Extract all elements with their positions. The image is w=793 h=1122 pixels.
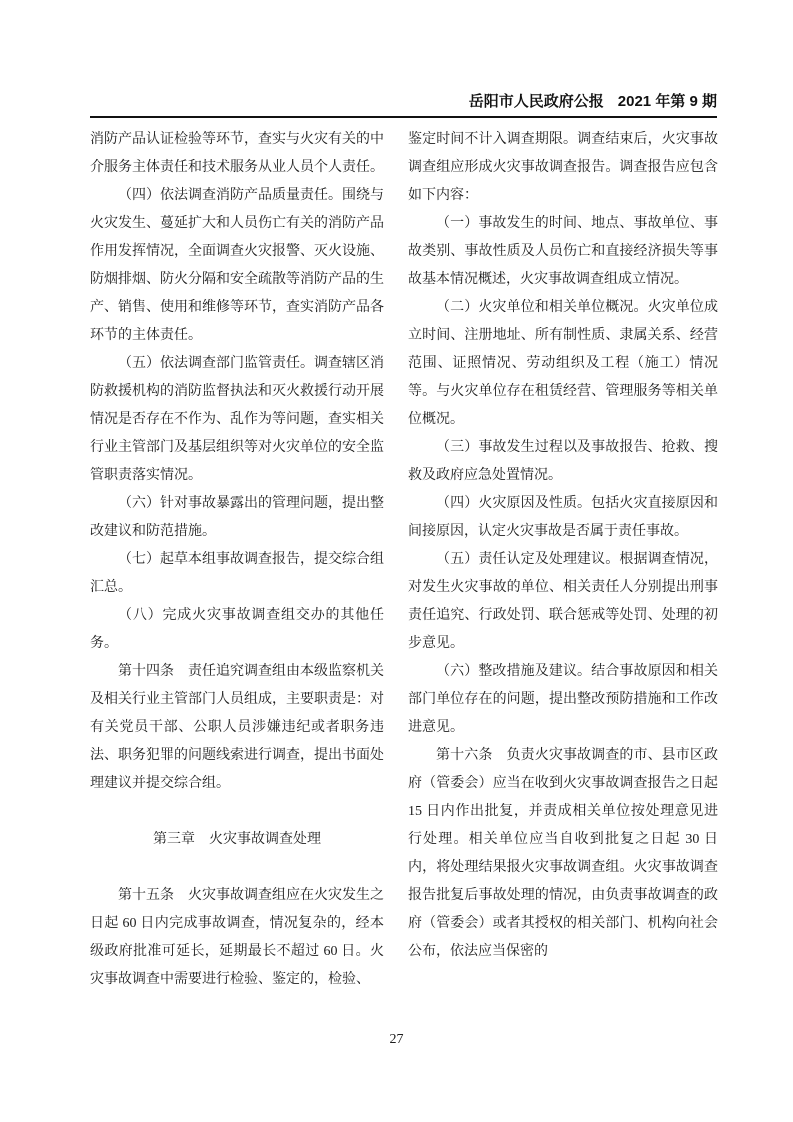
paragraph: 第十六条 负责火灾事故调查的市、县市区政府（管委会）应当在收到火灾事故调查报告之… [408, 742, 718, 966]
paragraph: （五）依法调查部门监管责任。调查辖区消防救援机构的消防监督执法和灭火救援行动开展… [90, 350, 384, 490]
paragraph: （八）完成火灾事故调查组交办的其他任务。 [90, 602, 384, 658]
left-column: 消防产品认证检验等环节，查实与火灾有关的中介服务主体责任和技术服务从业人员个人责… [90, 126, 384, 994]
paragraph: （四）火灾原因及性质。包括火灾直接原因和间接原因，认定火灾事故是否属于责任事故。 [408, 490, 718, 546]
gazette-page: 岳阳市人民政府公报2021 年第 9 期 消防产品认证检验等环节，查实与火灾有关… [0, 0, 793, 1122]
chapter-heading: 第三章 火灾事故调查处理 [90, 826, 384, 854]
paragraph: 第十四条 责任追究调查组由本级监察机关及相关行业主管部门人员组成，主要职责是：对… [90, 658, 384, 798]
page-number: 27 [0, 1030, 793, 1050]
paragraph: （三）事故发生过程以及事故报告、抢救、搜救及政府应急处置情况。 [408, 434, 718, 490]
paragraph: 消防产品认证检验等环节，查实与火灾有关的中介服务主体责任和技术服务从业人员个人责… [90, 126, 384, 182]
paragraph: （七）起草本组事故调查报告，提交综合组汇总。 [90, 546, 384, 602]
paragraph: （一）事故发生的时间、地点、事故单位、事故类别、事故性质及人员伤亡和直接经济损失… [408, 210, 718, 294]
gazette-header: 岳阳市人民政府公报2021 年第 9 期 [90, 92, 717, 112]
paragraph: （二）火灾单位和相关单位概况。火灾单位成立时间、注册地址、所有制性质、隶属关系、… [408, 294, 718, 434]
paragraph: 第十五条 火灾事故调查组应在火灾发生之日起 60 日内完成事故调查，情况复杂的，… [90, 882, 384, 994]
gazette-issue: 2021 年第 9 期 [618, 93, 717, 110]
paragraph: （五）责任认定及处理建议。根据调查情况，对发生火灾事故的单位、相关责任人分别提出… [408, 546, 718, 658]
paragraph: 鉴定时间不计入调查期限。调查结束后，火灾事故调查组应形成火灾事故调查报告。调查报… [408, 126, 718, 210]
paragraph: （六）针对事故暴露出的管理问题，提出整改建议和防范措施。 [90, 490, 384, 546]
paragraph: （四）依法调查消防产品质量责任。围绕与火灾发生、蔓延扩大和人员伤亡有关的消防产品… [90, 182, 384, 350]
gazette-title: 岳阳市人民政府公报 [469, 93, 604, 110]
header-rule [90, 116, 717, 118]
right-column: 鉴定时间不计入调查期限。调查结束后，火灾事故调查组应形成火灾事故调查报告。调查报… [408, 126, 718, 966]
paragraph: （六）整改措施及建议。结合事故原因和相关部门单位存在的问题，提出整改预防措施和工… [408, 658, 718, 742]
